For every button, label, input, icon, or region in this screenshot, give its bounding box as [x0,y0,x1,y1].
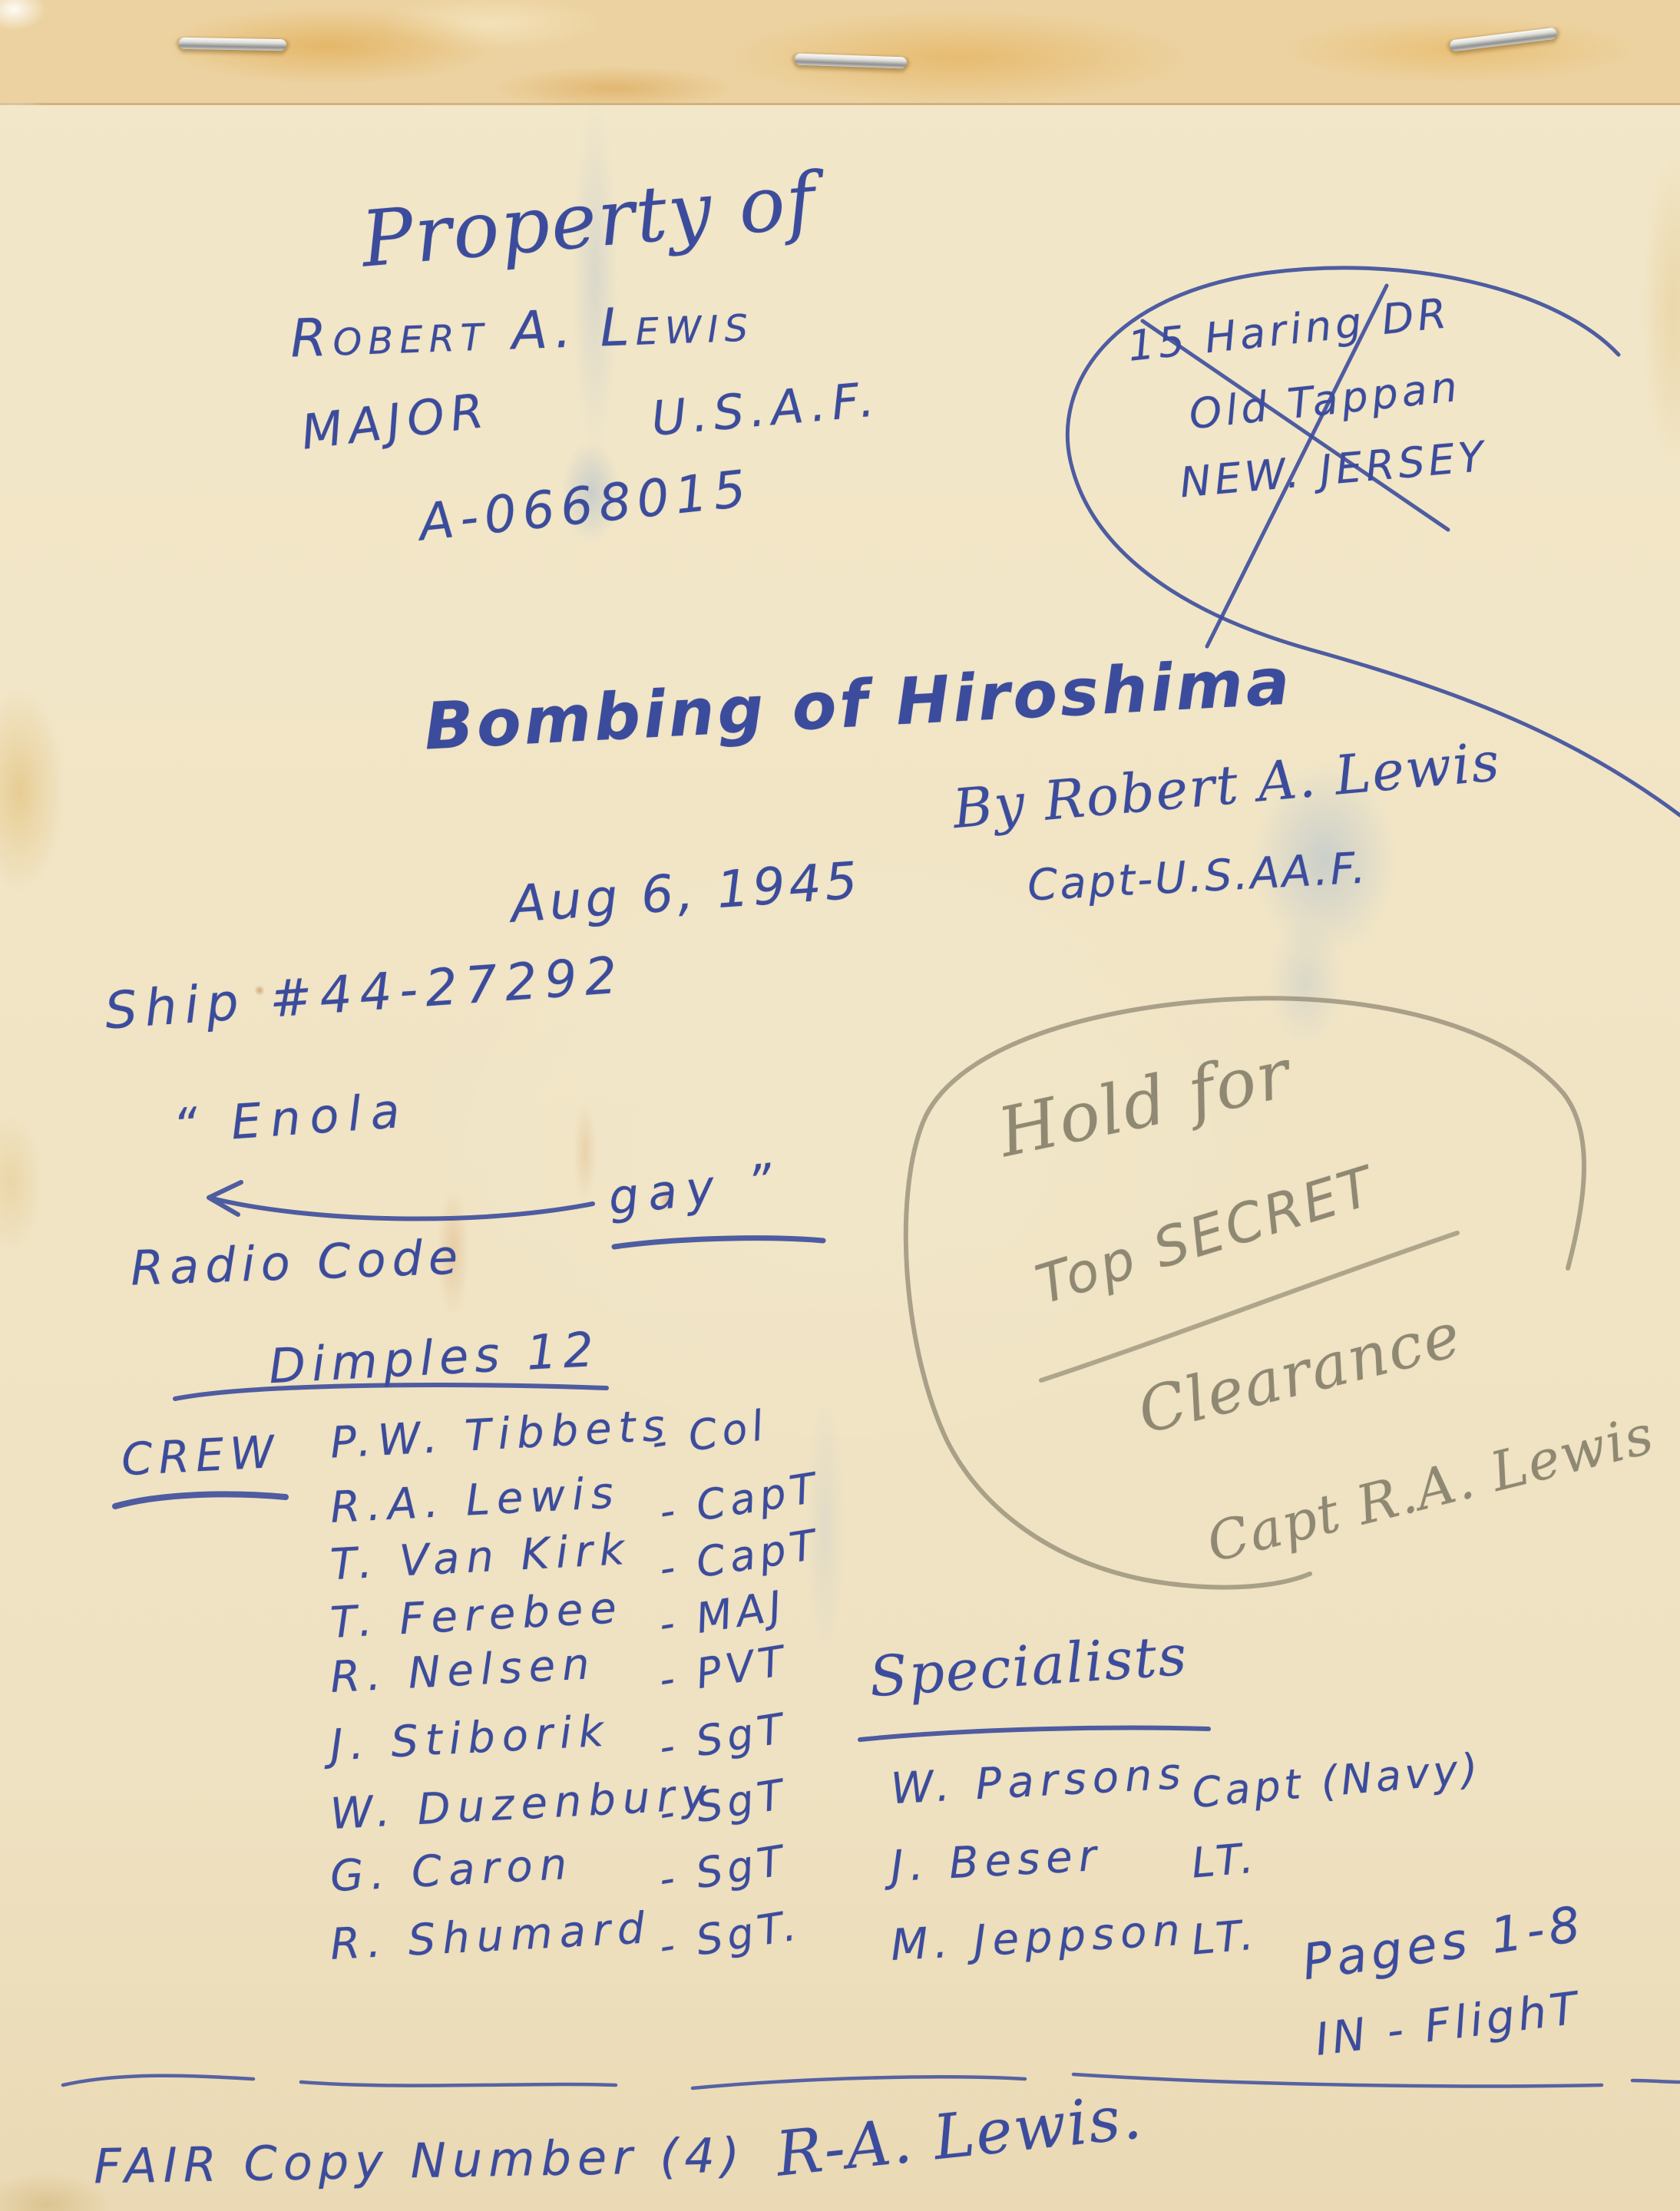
enola-underline-arrow [209,1182,593,1219]
specialist-name: W. Parsons [890,1749,1188,1814]
specialist-row: J. Beser LT. [0,1836,1680,1901]
specialist-rank: LT. [1189,1833,1258,1887]
crew-row: T. Van Kirk - CapT [0,1532,1680,1597]
specialist-name: J. Beser [889,1831,1103,1892]
crew-row: R. Nelsen - PVT [0,1646,1680,1710]
specialist-rank: LT. [1189,1910,1258,1964]
divider-wavy-line [63,2074,1680,2088]
radio-code-label: Radio Code [130,1228,465,1296]
crew-row: P.W. Tibbets - Col [0,1410,1680,1474]
crew-member-name: R.A. Lewis [329,1468,622,1533]
notebook-cover-page: Property of Robert A. Lewis MAJOR U.S.A.… [0,0,1680,2211]
crew-member-name: R. Nelsen [329,1639,597,1703]
specialist-name: M. Jeppson [890,1905,1188,1971]
gay-underline [614,1238,823,1247]
crew-row: R.A. Lewis - CapT [0,1476,1680,1540]
specialist-row: W. Parsons Capt (Navy) [0,1757,1680,1821]
crew-member-name: P.W. Tibbets [329,1400,673,1468]
crew-member-name: T. Van Kirk [329,1525,633,1590]
fair-copy-note: FAIR Copy Number (4) [93,2127,746,2195]
crew-member-rank: - PVT [656,1636,792,1704]
crew-member-name: T. Ferebee [329,1583,625,1648]
